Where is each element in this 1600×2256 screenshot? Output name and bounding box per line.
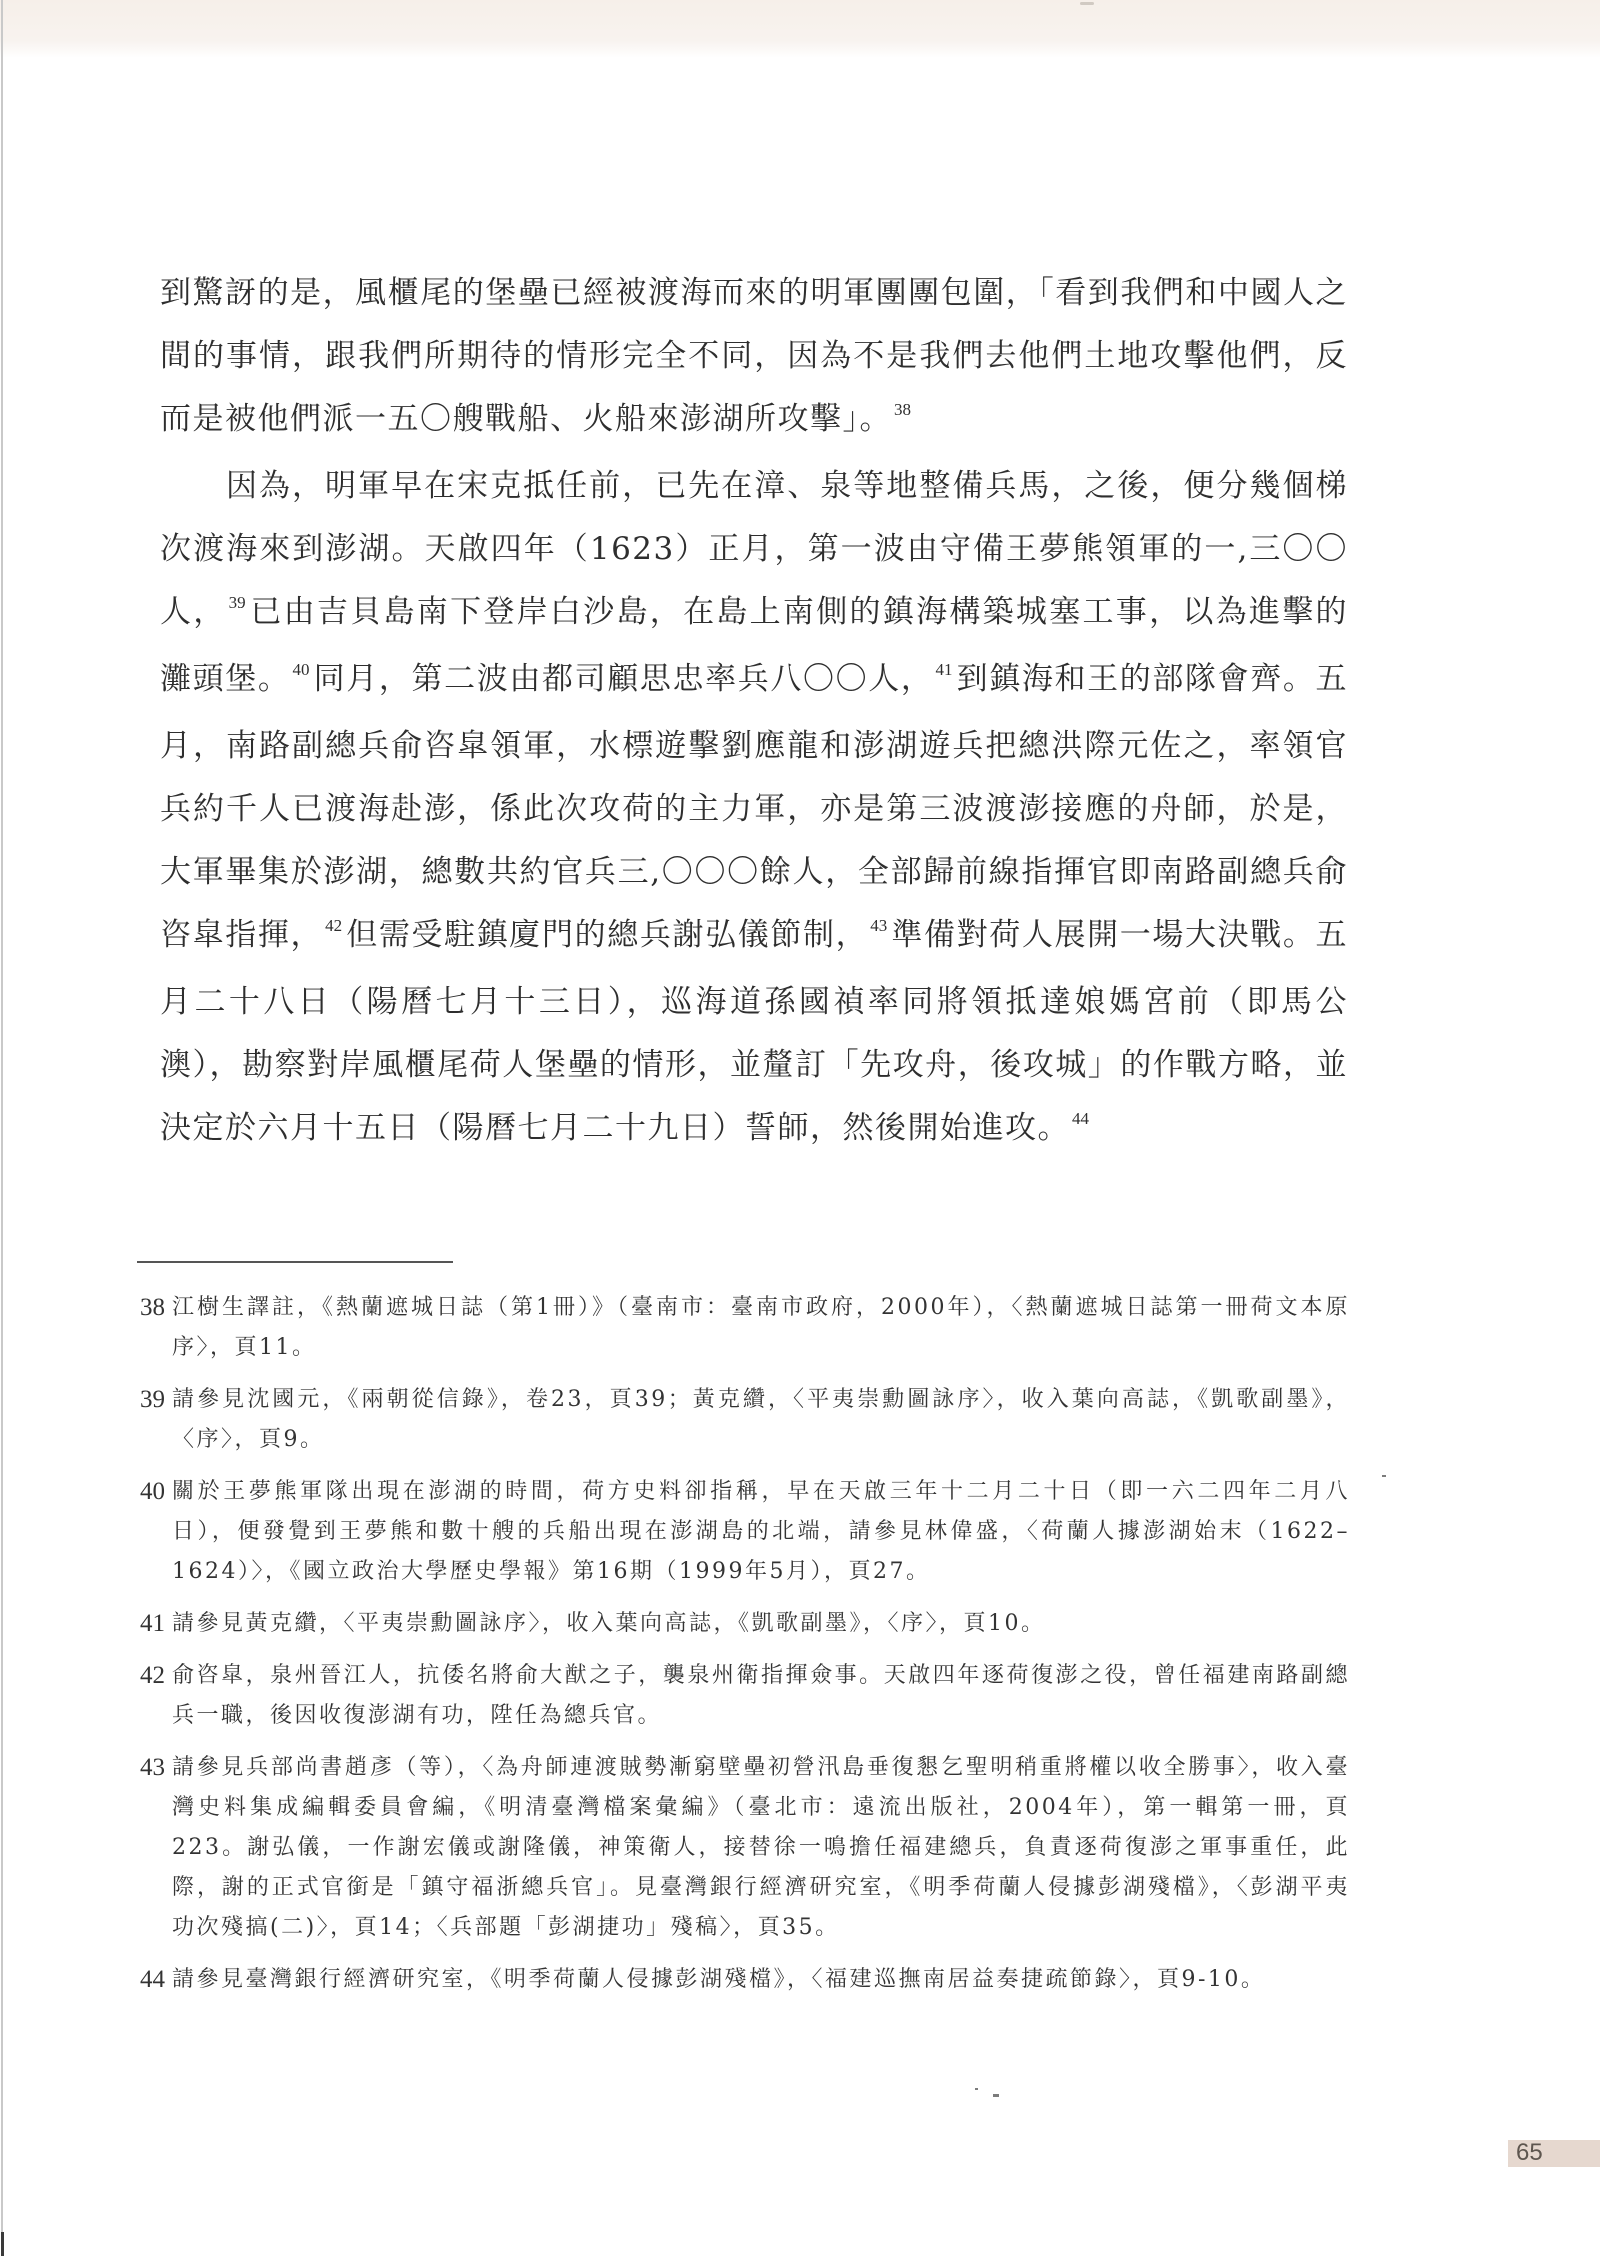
footnote-39: 39 請參見沈國元，《兩朝從信錄》，卷23，頁39；黃克纘，〈平夷崇勳圖詠序〉，… <box>140 1380 1350 1460</box>
footnote-text: 江樹生譯註，《熱蘭遮城日誌（第1冊）》（臺南市：臺南市政府，2000年），〈熱蘭… <box>172 1288 1350 1368</box>
page-number-tab: 65 <box>1508 2140 1600 2167</box>
paragraph-text: 但需受駐鎮廈門的總兵謝弘儀節制， <box>346 917 868 953</box>
footnote-number: 44 <box>140 1960 172 2000</box>
footnote-ref-40[interactable]: 40 <box>293 660 310 679</box>
page-left-edge <box>1 0 3 2256</box>
body-text: 到驚訝的是，風櫃尾的堡壘已經被渡海而來的明軍團團包圍，「看到我們和中國人之間的事… <box>160 262 1348 1164</box>
footnote-ref-42[interactable]: 42 <box>325 916 342 935</box>
footnote-text: 關於王夢熊軍隊出現在澎湖的時間，荷方史料卻指稱，早在天啟三年十二月二十日（即一六… <box>172 1472 1350 1592</box>
footnote-text: 請參見兵部尚書趙彥（等），〈為舟師連渡賊勢漸窮壁壘初營汛島垂復懇乞聖明稍重將權以… <box>172 1748 1350 1948</box>
scan-speck <box>1382 1475 1386 1477</box>
footnote-text: 請參見沈國元，《兩朝從信錄》，卷23，頁39；黃克纘，〈平夷崇勳圖詠序〉，收入葉… <box>172 1380 1350 1460</box>
paragraph-2: 因為，明軍早在宋克抵任前，已先在漳、泉等地整備兵馬，之後，便分幾個梯次渡海來到澎… <box>160 455 1348 1164</box>
paragraph-text: 到鎮海和王的部隊會齊。五月，南路副總兵俞咨皐領軍，水標遊擊劉應龍和澎湖遊兵把總洪… <box>160 661 1348 953</box>
footnote-number: 42 <box>140 1656 172 1736</box>
footnote-number: 41 <box>140 1604 172 1644</box>
footnote-text: 俞咨皐，泉州晉江人，抗倭名將俞大猷之子，襲泉州衛指揮僉事。天啟四年逐荷復澎之役，… <box>172 1656 1350 1736</box>
footnote-number: 40 <box>140 1472 172 1592</box>
footnote-40: 40 關於王夢熊軍隊出現在澎湖的時間，荷方史料卻指稱，早在天啟三年十二月二十日（… <box>140 1472 1350 1592</box>
footnote-ref-44[interactable]: 44 <box>1072 1109 1089 1128</box>
footnote-number: 43 <box>140 1748 172 1948</box>
scan-speck <box>993 2094 999 2097</box>
footnote-41: 41 請參見黃克纘，〈平夷崇勳圖詠序〉，收入葉向高誌，《凱歌副墨》，〈序〉，頁1… <box>140 1604 1350 1644</box>
page-number: 65 <box>1516 2139 1543 2167</box>
footnote-divider <box>137 1261 453 1263</box>
footnote-text: 請參見臺灣銀行經濟研究室，《明季荷蘭人侵據彭湖殘檔》，〈福建巡撫南居益奏捷疏節錄… <box>172 1960 1350 2000</box>
footnote-ref-41[interactable]: 41 <box>936 660 953 679</box>
paragraph-1: 到驚訝的是，風櫃尾的堡壘已經被渡海而來的明軍團團包圍，「看到我們和中國人之間的事… <box>160 262 1348 455</box>
paragraph-text: 到驚訝的是，風櫃尾的堡壘已經被渡海而來的明軍團團包圍，「看到我們和中國人之間的事… <box>160 275 1348 437</box>
footnote-text: 請參見黃克纘，〈平夷崇勳圖詠序〉，收入葉向高誌，《凱歌副墨》，〈序〉，頁10。 <box>172 1604 1350 1644</box>
page-left-edge-mark <box>1 2232 4 2256</box>
footnotes: 38 江樹生譯註，《熱蘭遮城日誌（第1冊）》（臺南市：臺南市政府，2000年），… <box>140 1288 1350 2012</box>
scan-speck <box>975 2088 978 2090</box>
footnote-43: 43 請參見兵部尚書趙彥（等），〈為舟師連渡賊勢漸窮壁壘初營汛島垂復懇乞聖明稍重… <box>140 1748 1350 1948</box>
paragraph-text: 同月，第二波由都司顧思忠率兵八〇〇人， <box>314 661 934 697</box>
footnote-number: 39 <box>140 1380 172 1460</box>
footnote-38: 38 江樹生譯註，《熱蘭遮城日誌（第1冊）》（臺南市：臺南市政府，2000年），… <box>140 1288 1350 1368</box>
footnote-44: 44 請參見臺灣銀行經濟研究室，《明季荷蘭人侵據彭湖殘檔》，〈福建巡撫南居益奏捷… <box>140 1960 1350 2000</box>
footnote-number: 38 <box>140 1288 172 1368</box>
footnote-ref-43[interactable]: 43 <box>870 916 887 935</box>
footnote-42: 42 俞咨皐，泉州晉江人，抗倭名將俞大猷之子，襲泉州衛指揮僉事。天啟四年逐荷復澎… <box>140 1656 1350 1736</box>
scan-speck <box>1080 2 1094 5</box>
footnote-ref-38[interactable]: 38 <box>894 400 911 419</box>
scan-top-band <box>0 0 1600 58</box>
footnote-ref-39[interactable]: 39 <box>229 593 246 612</box>
